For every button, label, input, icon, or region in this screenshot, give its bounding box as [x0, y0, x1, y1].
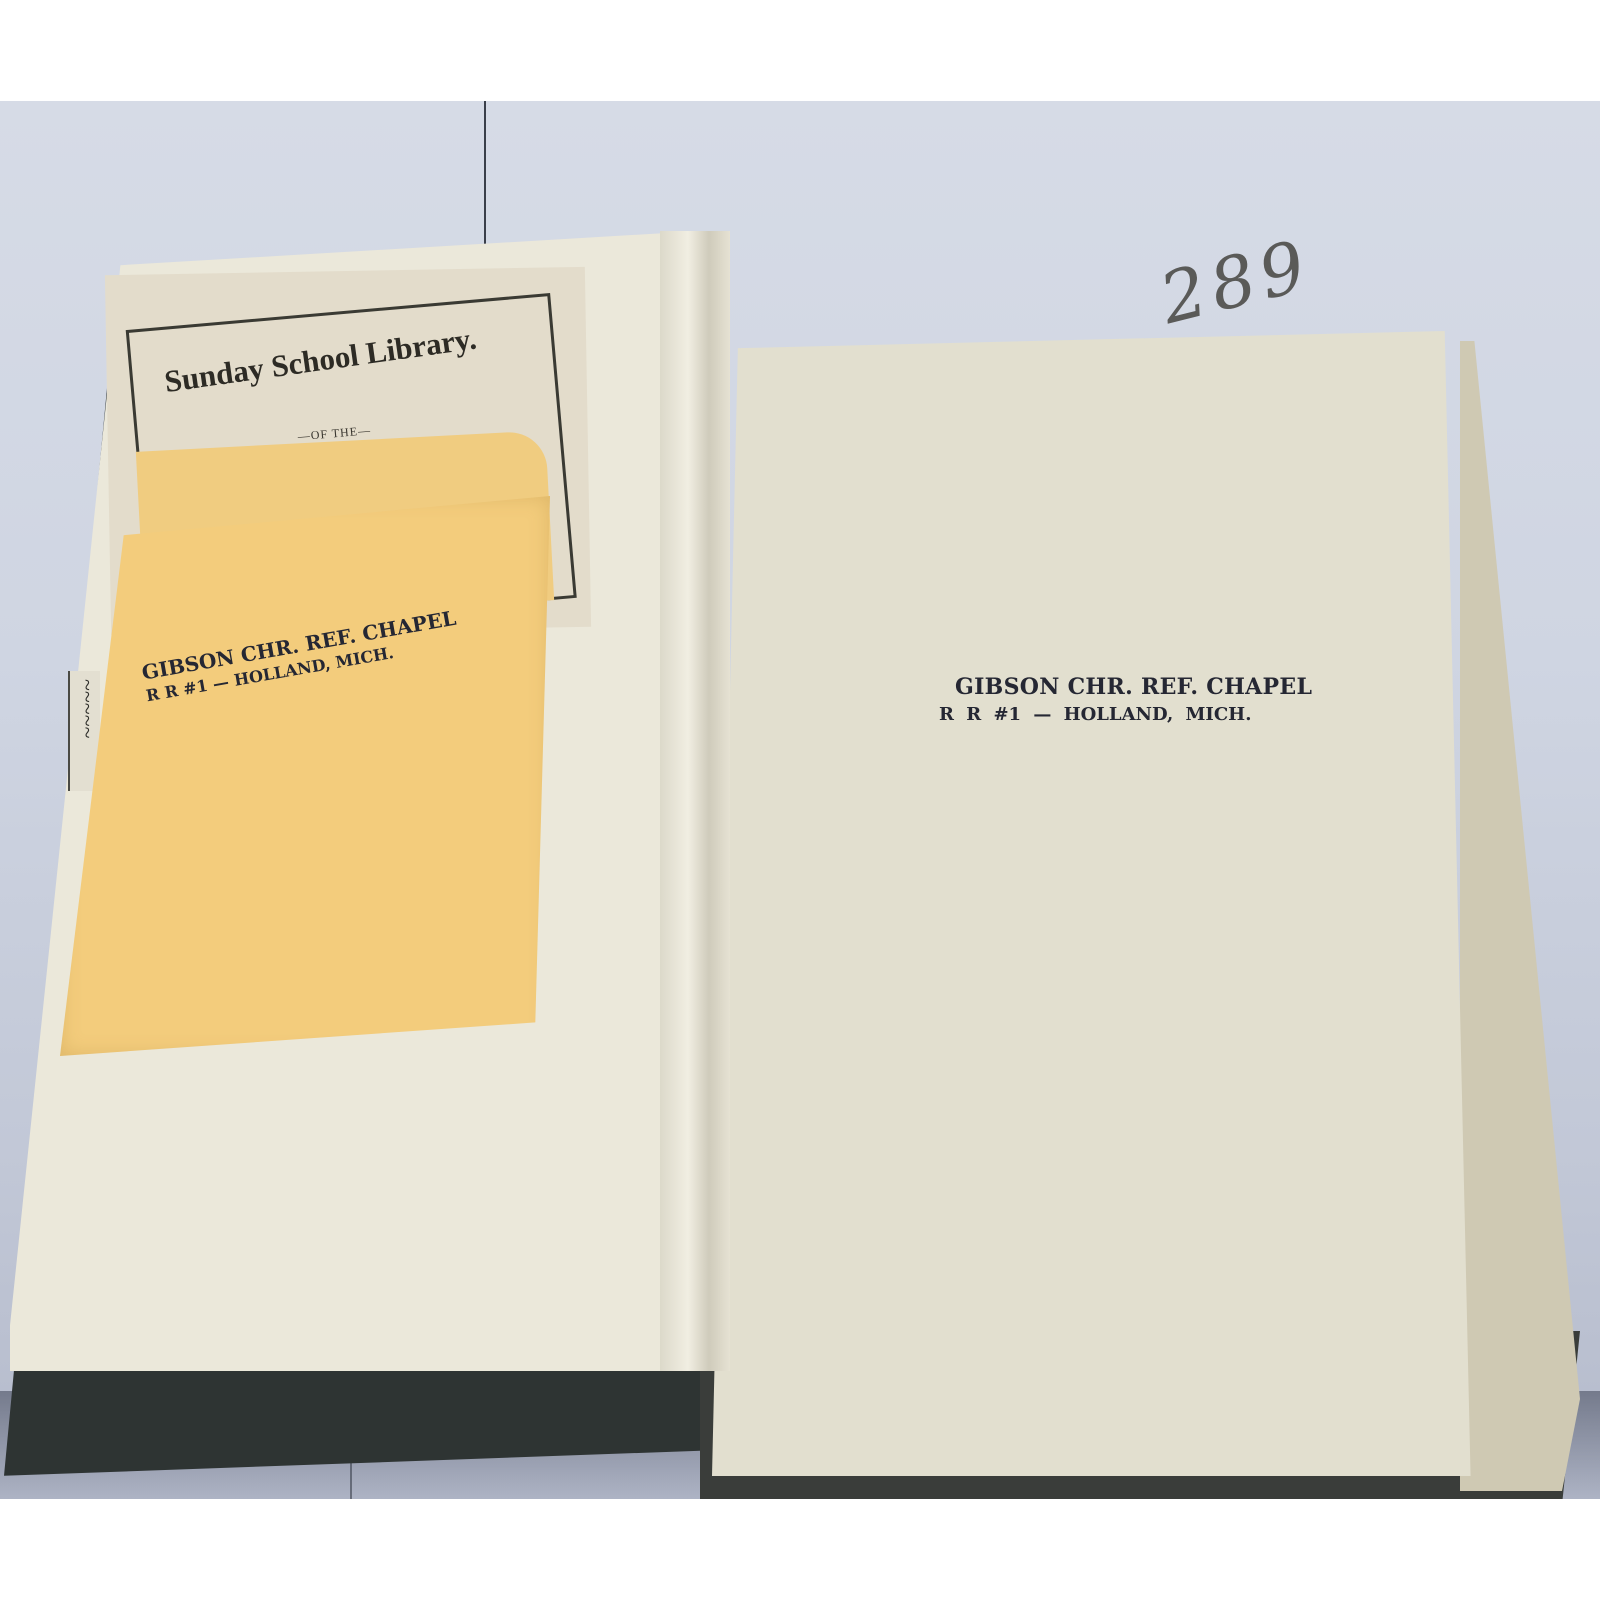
library-pocket: [60, 496, 550, 1056]
page-stamp: GIBSON CHR. REF. CHAPEL R R #1 — HOLLAND…: [955, 674, 1312, 725]
page-block-edge: [1460, 341, 1580, 1491]
page-stamp-line2: R R #1 — HOLLAND, MICH.: [939, 704, 1312, 725]
page-stamp-line1: GIBSON CHR. REF. CHAPEL: [955, 674, 1312, 700]
paper-crease: [484, 101, 486, 251]
book-hinge: [660, 231, 730, 1371]
wavy-mark: ~~~~~: [76, 679, 98, 739]
right-flyleaf-page: [712, 331, 1574, 1476]
handwritten-number: 289: [1152, 224, 1319, 340]
photo: Sunday School Library. —OF THE— ~~~~~ GI…: [0, 101, 1600, 1499]
